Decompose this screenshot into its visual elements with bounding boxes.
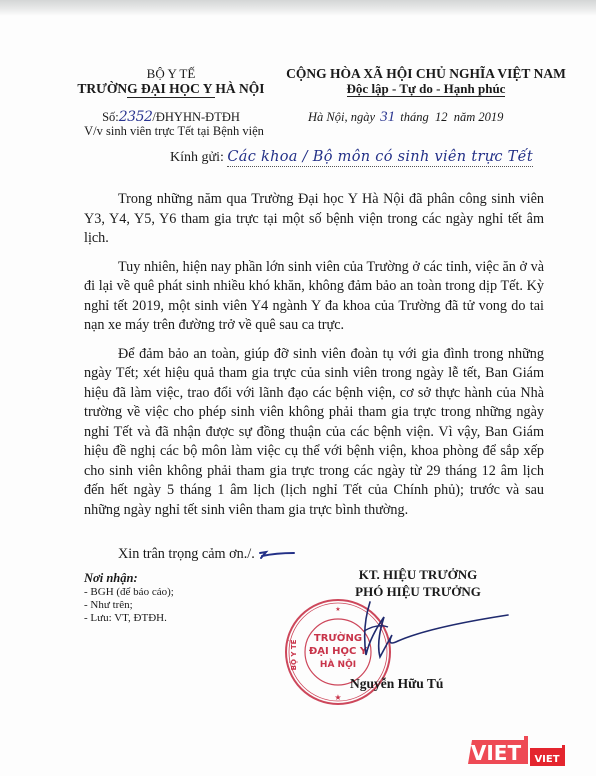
- body-paragraph: Trong những năm qua Trường Đại học Y Hà …: [84, 190, 544, 249]
- issuer-header: BỘ Y TẾ TRƯỜNG ĐẠI HỌC Y HÀ NỘI: [66, 66, 276, 98]
- vietnamnet-logo-icon: VIET VIET: [466, 734, 586, 768]
- national-header: CỘNG HÒA XÃ HỘI CHỦ NGHĨA VIỆT NAM Độc l…: [276, 66, 576, 97]
- document-number: Số:2352/ĐHYHN-ĐTĐH: [66, 110, 276, 124]
- svg-text:★: ★: [334, 693, 341, 702]
- handwritten-day: 31: [378, 109, 397, 125]
- letter-body: Trong những năm qua Trường Đại học Y Hà …: [84, 190, 544, 529]
- signer-name: Nguyễn Hữu Tú: [350, 676, 443, 692]
- document-subject: V/v sinh viên trực Tết tại Bệnh viện: [54, 124, 294, 138]
- handwritten-recipient: Các khoa / Bộ môn có sinh viên trực Tết: [227, 149, 533, 167]
- svg-text:BỘ Y TẾ: BỘ Y TẾ: [288, 639, 298, 670]
- school-name: TRƯỜNG ĐẠI HỌC Y HÀ NỘI: [66, 81, 276, 96]
- nation-name: CỘNG HÒA XÃ HỘI CHỦ NGHĨA VIỆT NAM: [276, 66, 576, 81]
- svg-text:VIET: VIET: [471, 741, 522, 765]
- national-motto: Độc lập - Tự do - Hạnh phúc: [347, 81, 506, 97]
- recipient-item: - BGH (để báo cáo);: [84, 586, 174, 599]
- greeting-label: Kính gửi:: [170, 150, 224, 165]
- svg-text:VIET: VIET: [534, 754, 559, 765]
- body-paragraph: Để đảm bảo an toàn, giúp đỡ sinh viên đo…: [84, 345, 544, 521]
- recipient-item: - Lưu: VT, ĐTĐH.: [84, 612, 174, 625]
- handwritten-signature-icon: [340, 597, 540, 667]
- greeting-line: Kính gửi: Các khoa / Bộ môn có sinh viên…: [170, 148, 530, 167]
- recipients-block: Nơi nhận: - BGH (để báo cáo); - Như trên…: [84, 570, 174, 625]
- body-paragraph: Tuy nhiên, hiện nay phần lớn sinh viên c…: [84, 258, 544, 336]
- header-underline: [127, 97, 215, 98]
- handwritten-flourish-icon: [258, 550, 296, 560]
- official-letter: BỘ Y TẾ TRƯỜNG ĐẠI HỌC Y HÀ NỘI CỘNG HÒA…: [0, 0, 596, 776]
- date-line: Hà Nội, ngày 31 tháng 12 năm 2019: [308, 110, 568, 124]
- closing-line: Xin trân trọng cảm ơn./.: [118, 545, 296, 563]
- signer-title: KT. HIỆU TRƯỞNG PHÓ HIỆU TRƯỞNG: [318, 566, 518, 600]
- handwritten-number: 2352: [119, 109, 153, 125]
- recipients-title: Nơi nhận:: [84, 570, 174, 586]
- ministry-name: BỘ Y TẾ: [66, 66, 276, 81]
- recipient-item: - Như trên;: [84, 599, 174, 612]
